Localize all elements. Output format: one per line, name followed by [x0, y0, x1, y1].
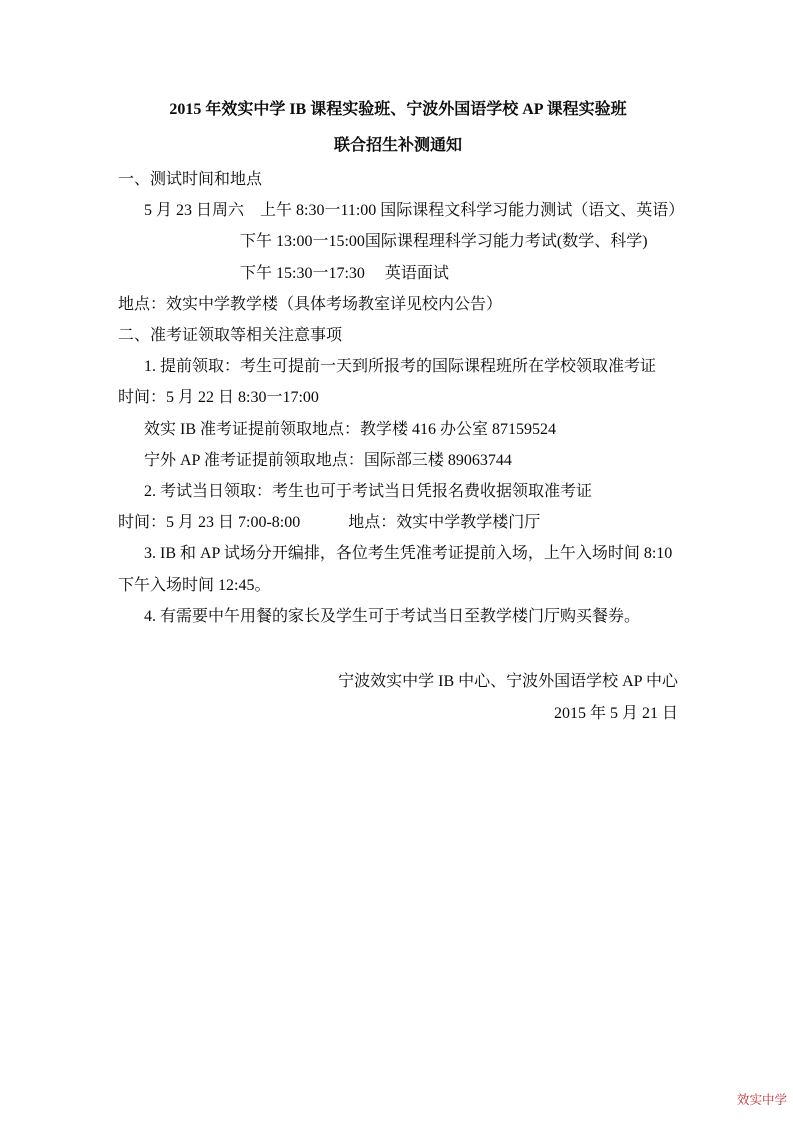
section-1-heading: 一、测试时间和地点: [118, 164, 678, 195]
note-1-ap-pickup-location: 宁外 AP 准考证提前领取地点：国际部三楼 89063744: [118, 445, 678, 476]
notice-document: 2015 年效实中学 IB 课程实验班、宁波外国语学校 AP 课程实验班 联合招…: [118, 0, 678, 730]
note-1-pickup-time: 时间：5 月 22 日 8:30一17:00: [118, 382, 678, 413]
test-location: 地点：效实中学教学楼（具体考场教室详见校内公告）: [118, 289, 678, 320]
section-2-heading: 二、准考证领取等相关注意事项: [118, 320, 678, 351]
note-1-ib-pickup-location: 效实 IB 准考证提前领取地点：教学楼 416 办公室 87159524: [118, 414, 678, 445]
document-title-line1: 2015 年效实中学 IB 课程实验班、宁波外国语学校 AP 课程实验班: [118, 92, 678, 128]
document-title-line2: 联合招生补测通知: [118, 128, 678, 164]
note-2-time-and-location: 时间：5 月 23 日 7:00-8:00 地点：效实中学教学楼门厅: [118, 507, 678, 538]
schedule-english-interview: 下午 15:30一17:30 英语面试: [118, 258, 678, 289]
note-3-continuation: 下午入场时间 12:45。: [118, 570, 678, 601]
notice-body: 一、测试时间和地点 5 月 23 日周六 上午 8:30一11:00 国际课程文…: [118, 164, 678, 632]
signature-issuer: 宁波效实中学 IB 中心、宁波外国语学校 AP 中心: [118, 666, 678, 698]
schedule-morning-test: 5 月 23 日周六 上午 8:30一11:00 国际课程文科学习能力测试（语文…: [118, 195, 678, 226]
page: { "page": { "background": "#ffffff", "te…: [0, 0, 793, 1122]
note-1-early-pickup: 1. 提前领取：考生可提前一天到所报考的国际课程班所在学校领取准考证: [118, 351, 678, 382]
schedule-afternoon-test: 下午 13:00一15:00国际课程理科学习能力考试(数学、科学): [118, 226, 678, 257]
school-name-watermark: 效实中学: [737, 1092, 787, 1108]
signature-date: 2015 年 5 月 21 日: [118, 698, 678, 730]
title-block: 2015 年效实中学 IB 课程实验班、宁波外国语学校 AP 课程实验班 联合招…: [118, 92, 678, 164]
signature-block: 宁波效实中学 IB 中心、宁波外国语学校 AP 中心 2015 年 5 月 21…: [118, 666, 678, 730]
note-4-lunch-tickets: 4. 有需要中午用餐的家长及学生可于考试当日至教学楼门厅购买餐券。: [118, 601, 678, 632]
note-3-entry-rules: 3. IB 和 AP 试场分开编排，各位考生凭准考证提前入场，上午入场时间 8:…: [118, 538, 678, 569]
note-2-sameday-pickup: 2. 考试当日领取：考生也可于考试当日凭报名费收据领取准考证: [118, 476, 678, 507]
